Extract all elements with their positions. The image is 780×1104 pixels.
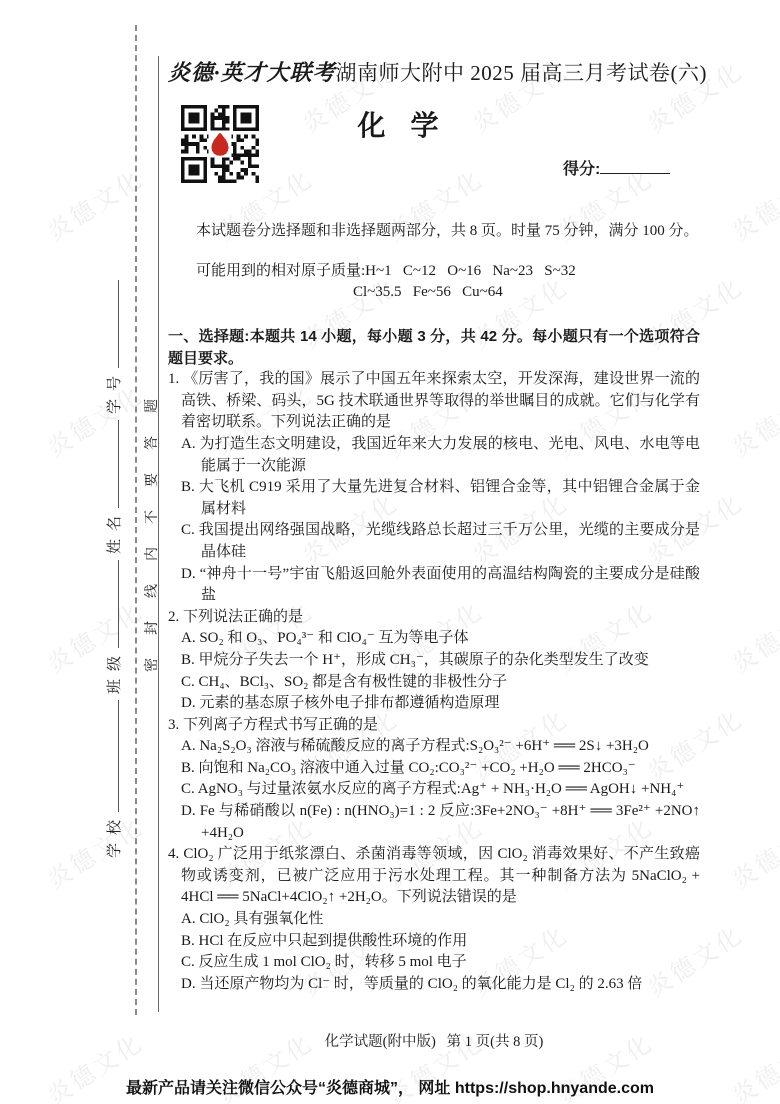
option-label: A.	[181, 630, 196, 646]
answer-option: A. 为打造生态文明建设，我国近年来大力发展的核电、光电、风电、水电等电能属于一…	[181, 434, 700, 477]
answer-option: A. ClO₂ 具有强氧化性	[181, 909, 700, 931]
seal-dotted-line	[135, 25, 137, 1015]
question-text: 《厉害了，我的国》展示了中国五年来探索太空，开发深海，建设世界一流的高铁、桥梁、…	[181, 371, 700, 430]
seal-text: 密封线内不要答题	[141, 372, 161, 672]
option-text: 甲烷分子失去一个 H⁺，形成 CH₃⁻，其碳原子的杂化类型发生了改变	[199, 652, 649, 668]
option-label: C.	[181, 954, 195, 970]
option-label: A.	[181, 436, 196, 452]
answer-option: B. 向饱和 Na₂CO₃ 溶液中通入过量 CO₂:CO₃²⁻ +CO₂ +H₂…	[181, 758, 700, 780]
answer-option: A. Na₂S₂O₃ 溶液与稀硫酸反应的离子方程式:S₂O₃²⁻ +6H⁺ ══…	[181, 736, 700, 758]
section-heading: 一、选择题:本题共 14 小题，每小题 3 分，共 42 分。每小题只有一个选项…	[168, 326, 700, 369]
watermark-text: 炎德文化	[39, 159, 149, 247]
field-label-name: 姓名	[107, 508, 123, 554]
answer-option: A. SO₂ 和 O₃、PO₄³⁻ 和 ClO₄⁻ 互为等电子体	[181, 628, 700, 650]
field-blank-student-id[interactable]	[104, 280, 119, 368]
option-label: A.	[181, 911, 196, 927]
question-stem: 2. 下列说法正确的是	[168, 607, 700, 629]
field-blank-class[interactable]	[104, 560, 119, 648]
question-stem: 3. 下列离子方程式书写正确的是	[168, 715, 700, 737]
watermark-text: 炎德文化	[39, 591, 149, 679]
option-text: ClO₂ 具有强氧化性	[199, 911, 323, 927]
question-area: 一、选择题:本题共 14 小题，每小题 3 分，共 42 分。每小题只有一个选项…	[168, 326, 700, 995]
answer-option: C. 反应生成 1 mol ClO₂ 时，转移 5 mol 电子	[181, 952, 700, 974]
field-label-class: 班级	[107, 648, 123, 694]
field-label-student-id: 学号	[107, 368, 123, 414]
question-text: 下列说法正确的是	[183, 609, 303, 625]
option-text: CH₄、BCl₃、SO₂ 都是含有极性键的非极性分子	[199, 674, 508, 690]
answer-option: D. Fe 与稀硝酸以 n(Fe) : n(HNO₃)=1 : 2 反应:3Fe…	[181, 801, 700, 844]
exam-title: 湖南师大附中 2025 届高三月考试卷(六)	[336, 61, 708, 85]
option-text: 元素的基态原子核外电子排布都遵循构造原理	[199, 695, 499, 711]
answer-option: B. 大飞机 C919 采用了大量先进复合材料、铝锂合金等，其中铝锂合金属于金属…	[181, 477, 700, 520]
option-text: 当还原产物均为 Cl⁻ 时，等质量的 ClO₂ 的氧化能力是 Cl₂ 的 2.6…	[199, 976, 642, 992]
option-text: 大飞机 C919 采用了大量先进复合材料、铝锂合金等，其中铝锂合金属于金属材料	[199, 479, 700, 517]
field-blank-school[interactable]	[104, 700, 119, 812]
option-label: D.	[181, 566, 196, 582]
student-info-fields: 学校班级姓名学号	[103, 218, 124, 858]
exam-instructions: 本试题卷分选择题和非选择题两部分，共 8 页。时量 75 分钟，满分 100 分…	[196, 219, 716, 240]
answer-option: C. CH₄、BCl₃、SO₂ 都是含有极性键的非极性分子	[181, 672, 700, 694]
answer-option: D. 当还原产物均为 Cl⁻ 时，等质量的 ClO₂ 的氧化能力是 Cl₂ 的 …	[181, 974, 700, 996]
option-label: B.	[181, 760, 195, 776]
question-number: 1.	[168, 371, 179, 387]
option-text: 为打造生态文明建设，我国近年来大力发展的核电、光电、风电、水电等电能属于一次能源	[200, 436, 700, 474]
subject-title: 化学	[168, 104, 628, 144]
question-text: ClO₂ 广泛用于纸浆漂白、杀菌消毒等领域，因 ClO₂ 消毒效果好、不产生致癌…	[181, 846, 700, 905]
option-text: Fe 与稀硝酸以 n(Fe) : n(HNO₃)=1 : 2 反应:3Fe+2N…	[200, 803, 700, 841]
watermark-text: 炎德文化	[724, 591, 780, 679]
page-footer: 化学试题(附中版) 第 1 页(共 8 页)	[168, 1030, 700, 1051]
option-label: B.	[181, 933, 195, 949]
answer-option: B. 甲烷分子失去一个 H⁺，形成 CH₃⁻，其碳原子的杂化类型发生了改变	[181, 650, 700, 672]
exam-header: 炎德·英才大联考湖南师大附中 2025 届高三月考试卷(六)	[168, 56, 638, 87]
atomic-mass-line1: 可能用到的相对原子质量:H~1 C~12 O~16 Na~23 S~32	[196, 259, 576, 280]
option-label: C.	[181, 781, 195, 797]
option-label: B.	[181, 652, 195, 668]
watermark-text: 炎德文化	[39, 807, 149, 895]
answer-option: D. “神舟十一号”宇宙飞船返回舱外表面使用的高温结构陶瓷的主要成分是硅酸盐	[181, 564, 700, 607]
watermark-text: 炎德文化	[724, 807, 780, 895]
option-text: AgNO₃ 与过量浓氨水反应的离子方程式:Ag⁺ + NH₃·H₂O ══ Ag…	[198, 781, 685, 797]
answer-option: C. 我国提出网络强国战略，光缆线路总长超过三千万公里，光缆的主要成分是晶体硅	[181, 520, 700, 563]
question-stem: 4. ClO₂ 广泛用于纸浆漂白、杀菌消毒等领域，因 ClO₂ 消毒效果好、不产…	[168, 844, 700, 909]
field-blank-name[interactable]	[104, 420, 119, 508]
answer-option: B. HCl 在反应中只起到提供酸性环境的作用	[181, 931, 700, 953]
score-area: 得分:	[563, 156, 670, 179]
option-text: 向饱和 Na₂CO₃ 溶液中通入过量 CO₂:CO₃²⁻ +CO₂ +H₂O ═…	[199, 760, 636, 776]
option-label: D.	[181, 976, 196, 992]
watermark-text: 炎德文化	[39, 375, 149, 463]
option-label: C.	[181, 674, 195, 690]
option-label: C.	[181, 522, 195, 538]
score-blank-line[interactable]	[600, 157, 670, 174]
option-label: D.	[181, 695, 196, 711]
option-text: 反应生成 1 mol ClO₂ 时，转移 5 mol 电子	[199, 954, 467, 970]
exam-page: 炎德文化炎德文化炎德文化炎德文化炎德文化炎德文化炎德文化炎德文化炎德文化炎德文化…	[0, 0, 780, 1104]
promo-text: 最新产品请关注微信公众号“炎德商城”， 网址 https://shop.hnya…	[0, 1075, 780, 1098]
question-stem: 1. 《厉害了，我的国》展示了中国五年来探索太空，开发深海，建设世界一流的高铁、…	[168, 369, 700, 434]
score-label: 得分:	[563, 161, 600, 178]
question-number: 4.	[168, 846, 179, 862]
answer-option: D. 元素的基态原子核外电子排布都遵循构造原理	[181, 693, 700, 715]
option-label: D.	[181, 803, 196, 819]
exam-brand: 炎德·英才大联考	[168, 60, 336, 85]
watermark-text: 炎德文化	[724, 375, 780, 463]
option-text: “神舟十一号”宇宙飞船返回舱外表面使用的高温结构陶瓷的主要成分是硅酸盐	[200, 566, 700, 604]
atomic-mass-line2: Cl~35.5 Fe~56 Cu~64	[353, 284, 503, 301]
answer-option: C. AgNO₃ 与过量浓氨水反应的离子方程式:Ag⁺ + NH₃·H₂O ══…	[181, 779, 700, 801]
option-label: A.	[181, 738, 196, 754]
option-text: SO₂ 和 O₃、PO₄³⁻ 和 ClO₄⁻ 互为等电子体	[199, 630, 468, 646]
question-text: 下列离子方程式书写正确的是	[183, 717, 378, 733]
watermark-text: 炎德文化	[724, 159, 780, 247]
option-label: B.	[181, 479, 195, 495]
option-text: 我国提出网络强国战略，光缆线路总长超过三千万公里，光缆的主要成分是晶体硅	[199, 522, 700, 560]
option-text: HCl 在反应中只起到提供酸性环境的作用	[199, 933, 468, 949]
option-text: Na₂S₂O₃ 溶液与稀硫酸反应的离子方程式:S₂O₃²⁻ +6H⁺ ══ 2S…	[199, 738, 648, 754]
question-number: 3.	[168, 717, 179, 733]
field-label-school: 学校	[107, 812, 123, 858]
question-number: 2.	[168, 609, 179, 625]
